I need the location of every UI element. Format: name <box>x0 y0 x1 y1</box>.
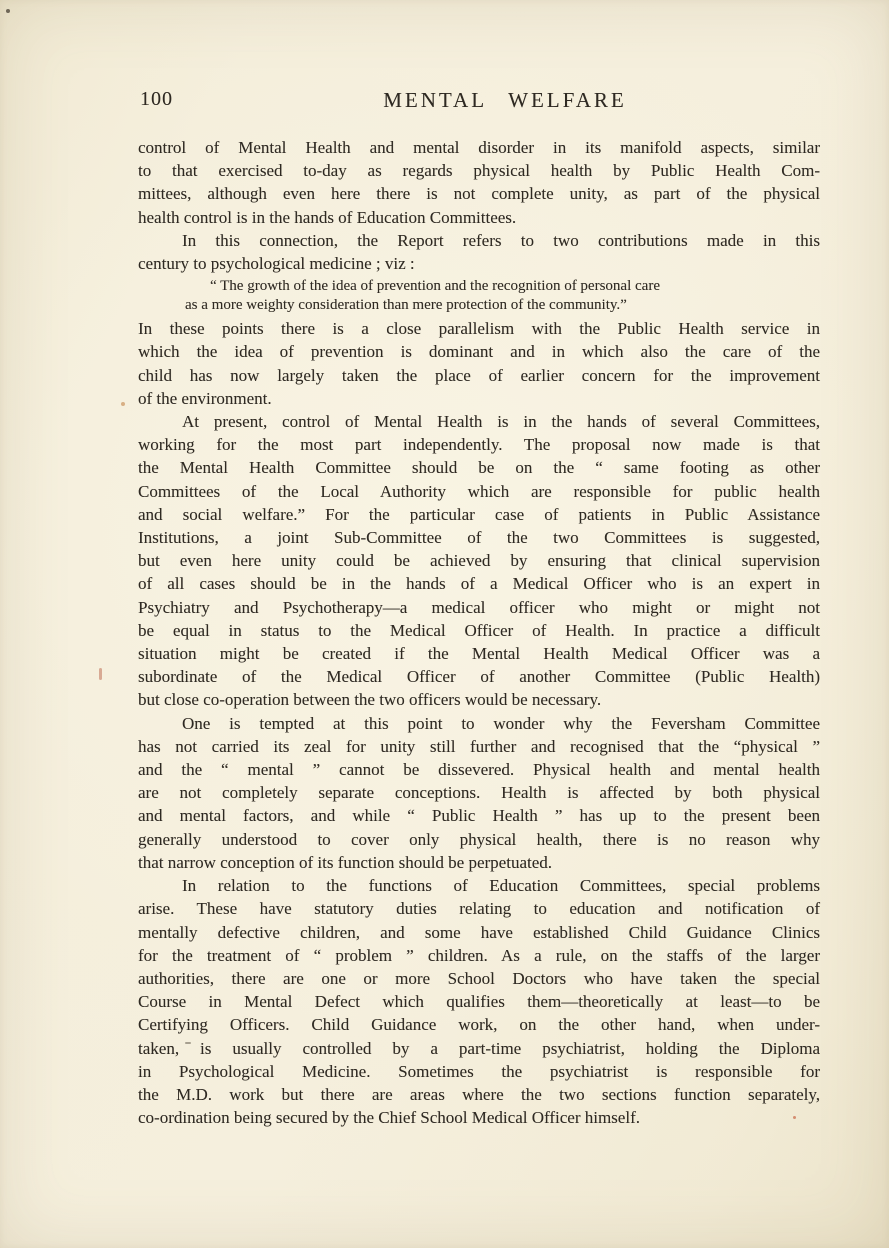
text-line: Course in Mental Defect which qualifies … <box>138 990 820 1013</box>
text-line: for the treatment of “ problem ” childre… <box>138 944 820 967</box>
text-line: of the environment. <box>138 387 820 410</box>
text-line: subordinate of the Medical Officer of an… <box>138 665 820 688</box>
text-line: taken, is usually controlled by a part-t… <box>138 1037 820 1060</box>
text-line: child has now largely taken the place of… <box>138 364 820 387</box>
paragraph-4: In these points there is a close paralle… <box>138 317 820 410</box>
text-line: and the “ mental ” cannot be dissevered.… <box>138 758 820 781</box>
text-line: generally understood to cover only physi… <box>138 828 820 851</box>
text-line: to that exercised to-day as regards phys… <box>138 159 820 182</box>
text-line: mentally defective children, and some ha… <box>138 921 820 944</box>
text-line: situation might be created if the Mental… <box>138 642 820 665</box>
running-head: 100 MENTAL WELFARE <box>138 88 820 116</box>
page-text: control of Mental Health and mental diso… <box>138 136 820 1129</box>
text-line: and mental factors, and while “ Public H… <box>138 804 820 827</box>
text-line: Psychiatry and Psychotherapy—a medical o… <box>138 596 820 619</box>
block-quote: “ The growth of the idea of prevention a… <box>138 277 820 315</box>
text-line: and social welfare.” For the particular … <box>138 503 820 526</box>
scan-speck <box>99 668 102 680</box>
text-line: the M.D. work but there are areas where … <box>138 1083 820 1106</box>
text-line: but even here unity could be achieved by… <box>138 549 820 572</box>
text-line: of all cases should be in the hands of a… <box>138 572 820 595</box>
text-line: century to psychological medicine ; viz … <box>138 252 820 275</box>
paragraph-7: In relation to the functions of Educatio… <box>138 874 820 1129</box>
text-line: working for the most part independently.… <box>138 433 820 456</box>
text-line: Committees of the Local Authority which … <box>138 480 820 503</box>
text-line: has not carried its zeal for unity still… <box>138 735 820 758</box>
text-line: in Psychological Medicine. Sometimes the… <box>138 1060 820 1083</box>
text-line: In these points there is a close paralle… <box>138 317 820 340</box>
text-line: health control is in the hands of Educat… <box>138 206 820 229</box>
paragraph-5: At present, control of Mental Health is … <box>138 410 820 712</box>
scan-speck <box>6 9 10 13</box>
text-line: “ The growth of the idea of prevention a… <box>138 277 820 296</box>
text-line: In relation to the functions of Educatio… <box>138 874 820 897</box>
paragraph-2: In this connection, the Report refers to… <box>138 229 820 275</box>
text-line: authorities, there are one or more Schoo… <box>138 967 820 990</box>
text-line: control of Mental Health and mental diso… <box>138 136 820 159</box>
text-line: In this connection, the Report refers to… <box>138 229 820 252</box>
text-line: Institutions, a joint Sub-Committee of t… <box>138 526 820 549</box>
text-line: arise. These have statutory duties relat… <box>138 897 820 920</box>
text-line: as a more weighty consideration than mer… <box>138 296 820 315</box>
running-title: MENTAL WELFARE <box>164 88 846 113</box>
text-line: Certifying Officers. Child Guidance work… <box>138 1013 820 1036</box>
text-line: mittees, although even here there is not… <box>138 182 820 205</box>
scan-speck <box>121 402 125 406</box>
text-line: be equal in status to the Medical Office… <box>138 619 820 642</box>
paragraph-1: control of Mental Health and mental diso… <box>138 136 820 229</box>
text-line: but close co-operation between the two o… <box>138 688 820 711</box>
text-line: which the idea of prevention is dominant… <box>138 340 820 363</box>
text-line: that narrow conception of its function s… <box>138 851 820 874</box>
text-line: are not completely separate conceptions.… <box>138 781 820 804</box>
text-line: the Mental Health Committee should be on… <box>138 456 820 479</box>
text-line: co-ordination being secured by the Chief… <box>138 1106 820 1129</box>
text-line: At present, control of Mental Health is … <box>138 410 820 433</box>
book-page: 100 MENTAL WELFARE control of Mental Hea… <box>0 0 889 1248</box>
text-line: One is tempted at this point to wonder w… <box>138 712 820 735</box>
paragraph-6: One is tempted at this point to wonder w… <box>138 712 820 874</box>
